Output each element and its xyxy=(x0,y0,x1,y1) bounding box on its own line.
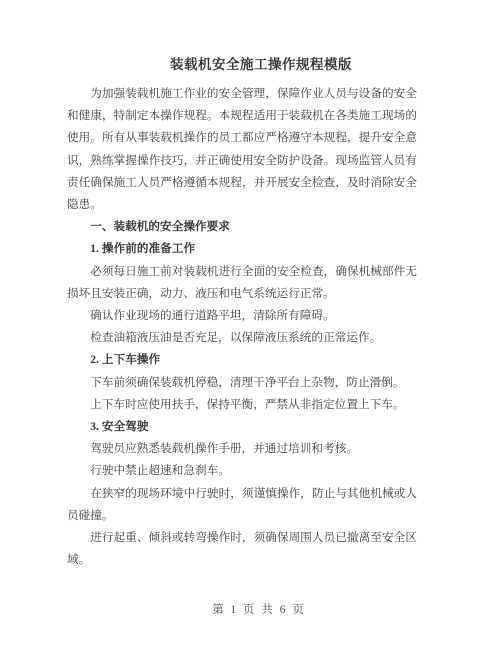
paragraph-no-speeding: 行驶中禁止超速和急刹车。 xyxy=(67,460,417,482)
subsection-heading-preparation: 1. 操作前的准备工作 xyxy=(67,238,417,260)
subsection-heading-safe-driving: 3. 安全驾驶 xyxy=(67,416,417,438)
section-heading-safety-requirements: 一、装载机的安全操作要求 xyxy=(67,216,417,238)
paragraph-daily-inspection: 必须每日施工前对装载机进行全面的安全检查，确保机械部件无损坏且安装正确，动力、液… xyxy=(67,261,417,305)
subsection-heading-mounting: 2. 上下车操作 xyxy=(67,349,417,371)
page-number-footer: 第 1 页 共 6 页 xyxy=(0,601,500,619)
paragraph-lifting-clearance: 进行起重、倾斜或转弯操作时，须确保周围人员已撤离至安全区域。 xyxy=(67,527,417,571)
paragraph-hydraulic-oil-check: 检查油箱液压油是否充足，以保障液压系统的正常运作。 xyxy=(67,327,417,349)
paragraph-narrow-site-caution: 在狭窄的现场环境中行驶时，须谨慎操作，防止与其他机械或人员碰撞。 xyxy=(67,483,417,527)
paragraph-dismount-platform: 下车前须确保装载机停稳，清理干净平台上杂物，防止滑倒。 xyxy=(67,372,417,394)
paragraph-site-road-check: 确认作业现场的通行道路平坦，清除所有障碍。 xyxy=(67,305,417,327)
paragraph-driver-training: 驾驶员应熟悉装载机操作手册，并通过培训和考核。 xyxy=(67,438,417,460)
document-title: 装载机安全施工操作规程模版 xyxy=(67,54,417,76)
intro-paragraph: 为加强装载机施工作业的安全管理，保障作业人员与设备的安全和健康，特制定本操作规程… xyxy=(67,83,417,216)
paragraph-use-handrails: 上下车时应使用扶手，保持平衡，严禁从非指定位置上下车。 xyxy=(67,394,417,416)
document-page: 装载机安全施工操作规程模版 为加强装载机施工作业的安全管理，保障作业人员与设备的… xyxy=(0,0,500,647)
document-body: 装载机安全施工操作规程模版 为加强装载机施工作业的安全管理，保障作业人员与设备的… xyxy=(67,54,417,571)
